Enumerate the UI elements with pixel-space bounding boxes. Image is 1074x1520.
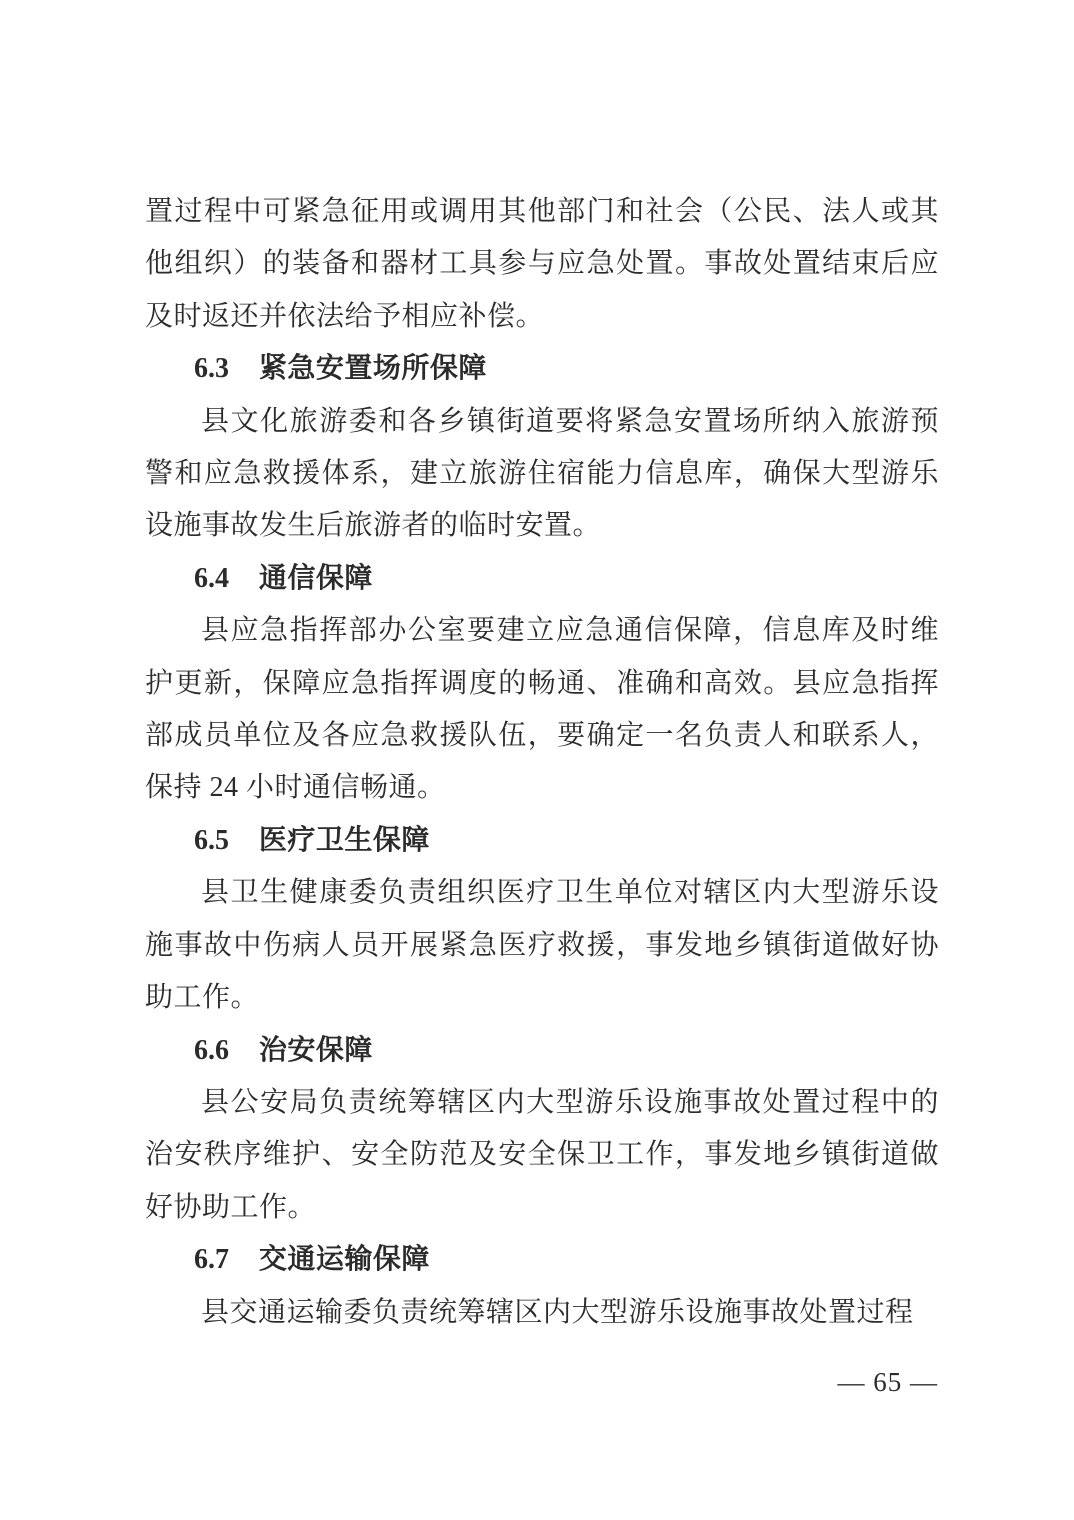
section-number: 6.6 <box>194 1035 229 1066</box>
section-number: 6.3 <box>194 353 229 384</box>
page-footer: — 65 — <box>838 1362 939 1402</box>
section-body-6-6: 县公安局负责统筹辖区内大型游乐设施事故处置过程中的治安秩序维护、安全防范及安全保… <box>145 1077 939 1234</box>
section-heading-6-6: 6.6 治安保障 <box>145 1025 939 1077</box>
section-body-6-7: 县交通运输委负责统筹辖区内大型游乐设施事故处置过程 <box>145 1287 939 1339</box>
page-number: — 65 — <box>838 1367 939 1397</box>
section-title: 紧急安置场所保障 <box>259 353 487 384</box>
section-number: 6.7 <box>194 1244 229 1275</box>
document-content: 置过程中可紧急征用或调用其他部门和社会（公民、法人或其他组织）的装备和器材工具参… <box>145 186 939 1339</box>
section-title: 交通运输保障 <box>259 1244 430 1275</box>
section-number: 6.4 <box>194 563 229 594</box>
section-body-6-5: 县卫生健康委负责组织医疗卫生单位对辖区内大型游乐设施事故中伤病人员开展紧急医疗救… <box>145 867 939 1024</box>
section-heading-6-7: 6.7 交通运输保障 <box>145 1234 939 1286</box>
section-body-6-3: 县文化旅游委和各乡镇街道要将紧急安置场所纳入旅游预警和应急救援体系，建立旅游住宿… <box>145 396 939 553</box>
section-body-6-4: 县应急指挥部办公室要建立应急通信保障，信息库及时维护更新，保障应急指挥调度的畅通… <box>145 605 939 815</box>
document-page: 置过程中可紧急征用或调用其他部门和社会（公民、法人或其他组织）的装备和器材工具参… <box>0 0 1074 1520</box>
section-heading-6-5: 6.5 医疗卫生保障 <box>145 815 939 867</box>
section-title: 医疗卫生保障 <box>259 825 430 856</box>
section-title: 治安保障 <box>259 1035 373 1066</box>
section-number: 6.5 <box>194 825 229 856</box>
section-heading-6-4: 6.4 通信保障 <box>145 553 939 605</box>
section-title: 通信保障 <box>259 563 373 594</box>
section-heading-6-3: 6.3 紧急安置场所保障 <box>145 343 939 395</box>
paragraph-intro-continuation: 置过程中可紧急征用或调用其他部门和社会（公民、法人或其他组织）的装备和器材工具参… <box>145 186 939 343</box>
